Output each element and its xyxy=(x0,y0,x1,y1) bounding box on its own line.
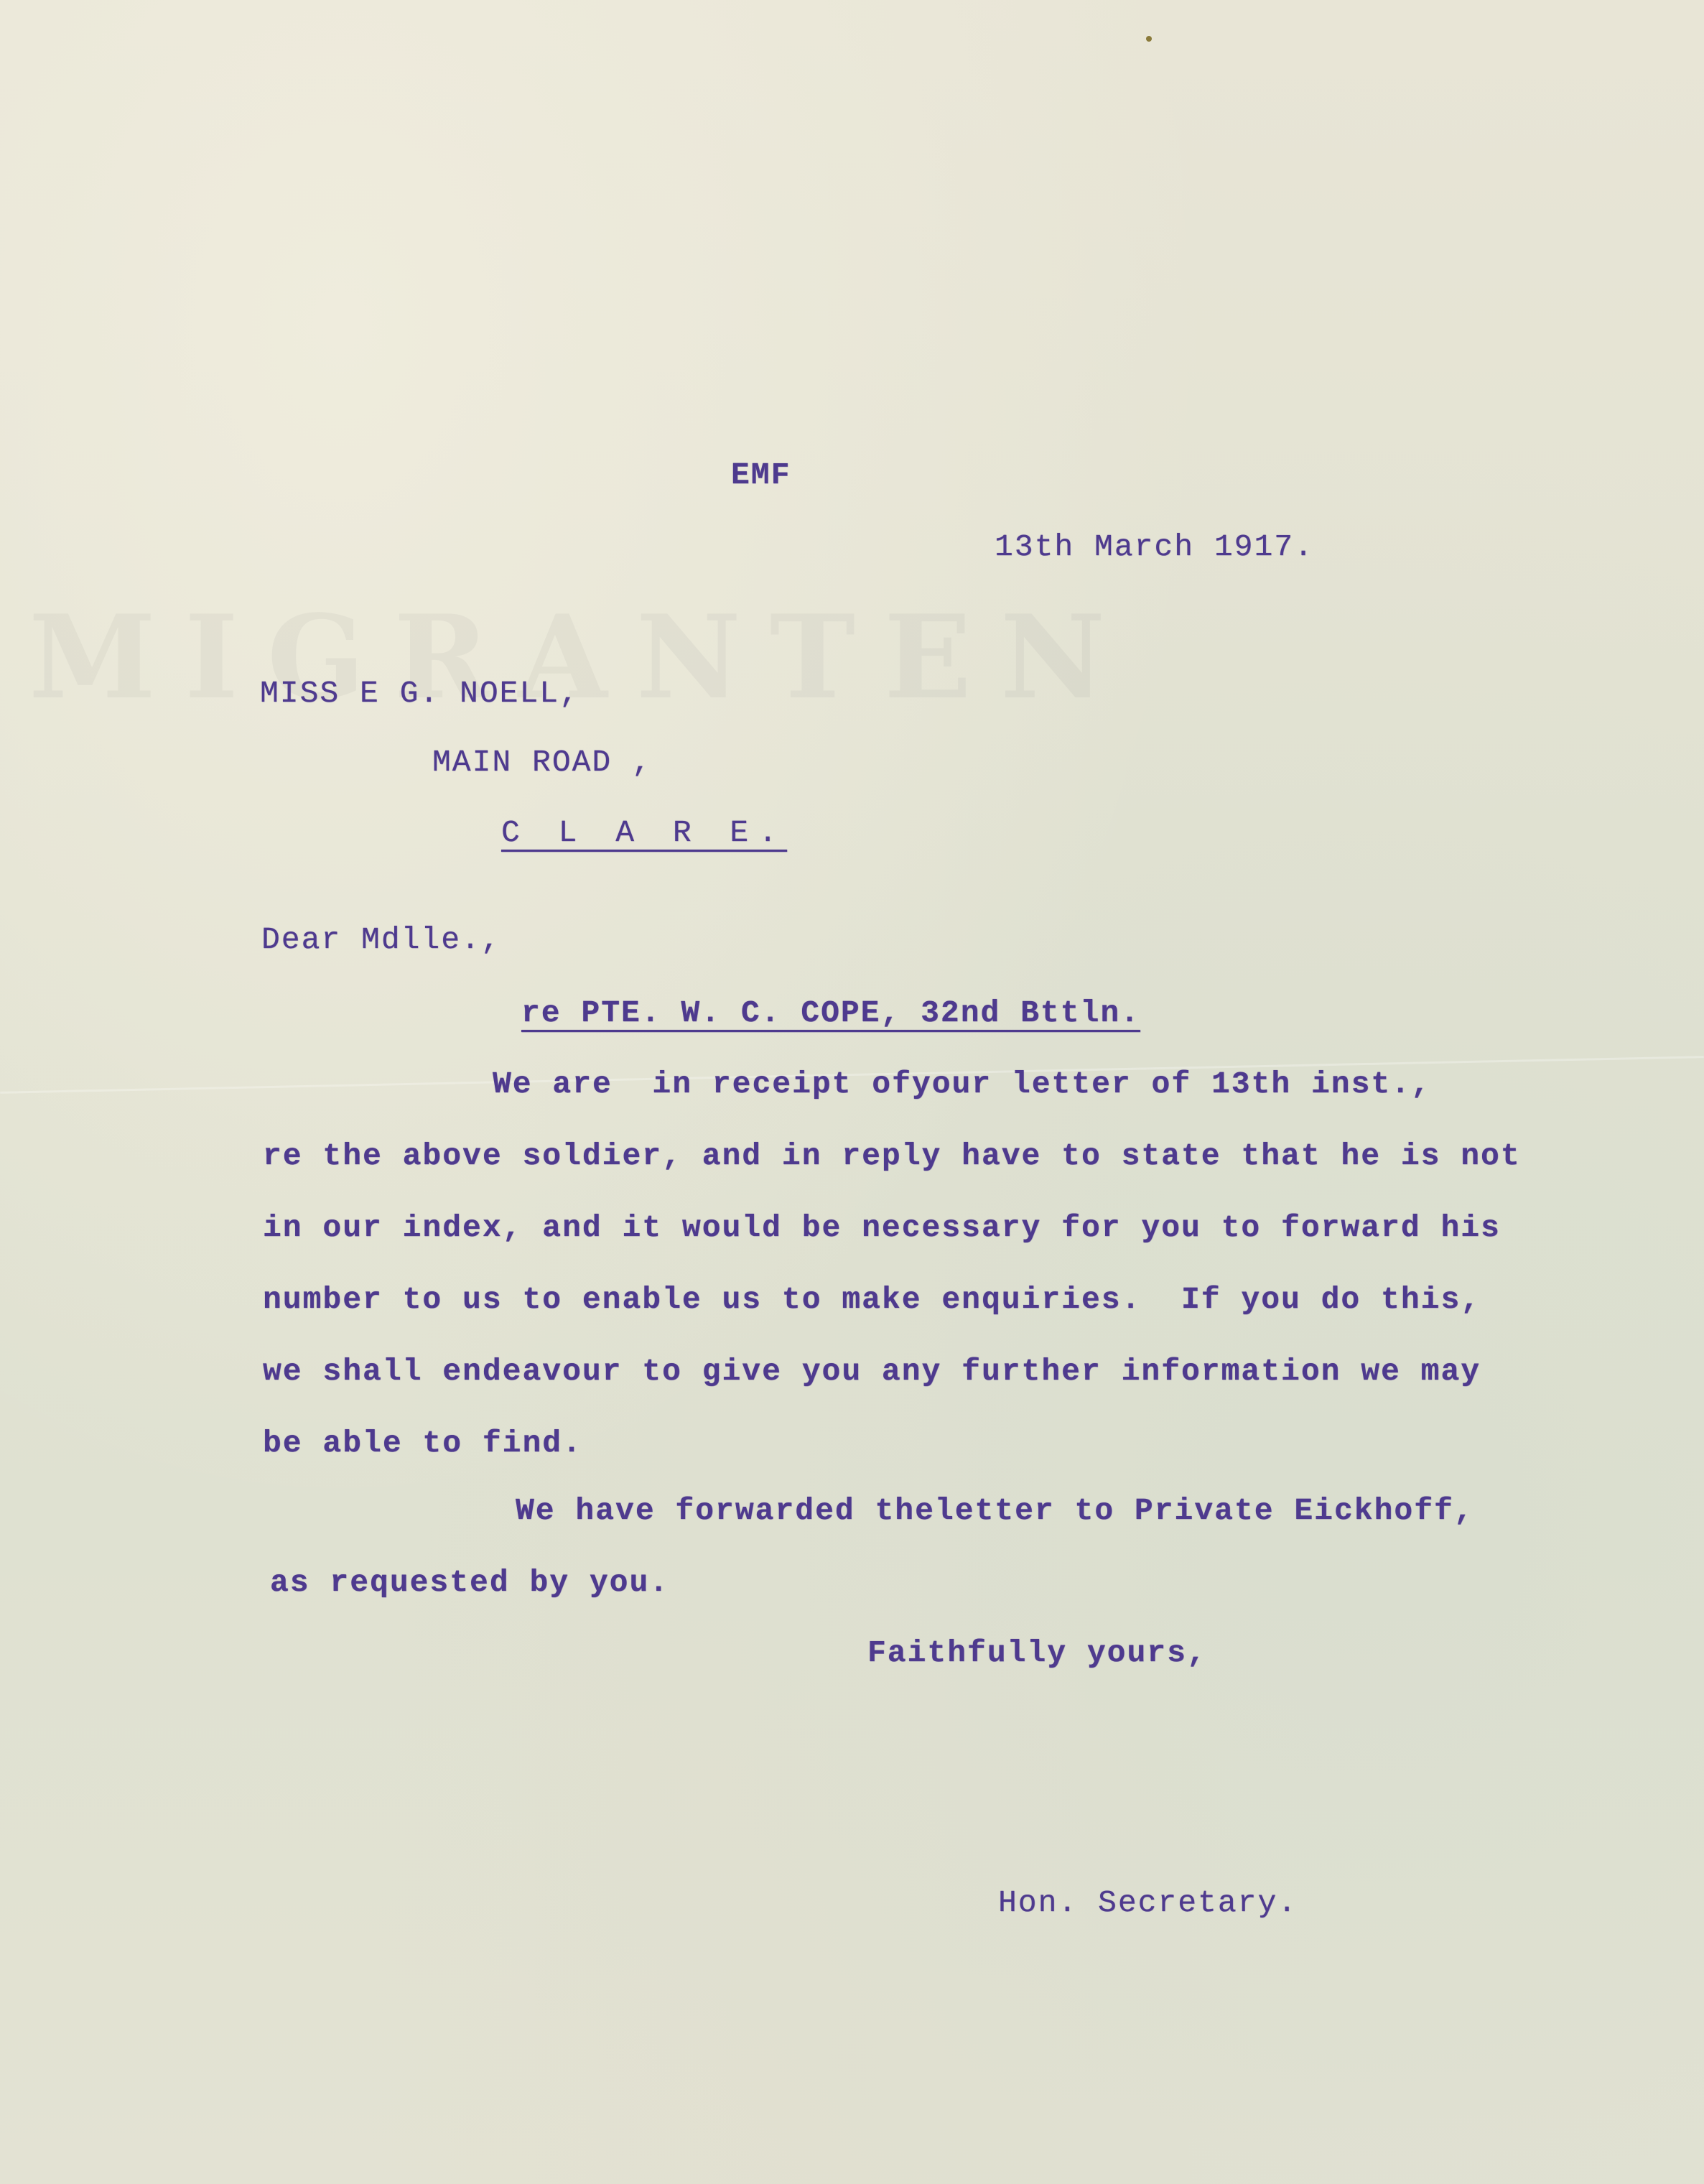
recipient-street: MAIN ROAD , xyxy=(432,747,652,778)
closing: Faithfully yours, xyxy=(867,1637,1207,1668)
body-line-6: be able to find. xyxy=(263,1428,582,1459)
body-line-1: We are in receipt ofyour letter of 13th … xyxy=(493,1069,1431,1100)
body-line-5: we shall endeavour to give you any furth… xyxy=(263,1356,1481,1387)
paper-speck xyxy=(1146,36,1152,42)
recipient-name: MISS E G. NOELL, xyxy=(260,678,579,709)
show-through-impression: MIGRANTEN xyxy=(0,596,1704,718)
body-line-4: number to us to enable us to make enquir… xyxy=(263,1284,1481,1315)
body-line-2: re the above soldier, and in reply have … xyxy=(263,1140,1521,1171)
recipient-town: C L A R E. xyxy=(501,817,787,848)
body-line-8: as requested by you. xyxy=(270,1567,669,1598)
body-line-3: in our index, and it would be necessary … xyxy=(263,1212,1501,1243)
body-line-7: We have forwarded theletter to Private E… xyxy=(516,1495,1474,1526)
reference-initials: EMF xyxy=(731,460,791,491)
subject-line: re PTE. W. C. COPE, 32nd Bttln. xyxy=(521,998,1140,1028)
signature-title: Hon. Secretary. xyxy=(998,1887,1298,1918)
salutation: Dear Mdlle., xyxy=(261,924,501,955)
letter-date: 13th March 1917. xyxy=(995,531,1314,562)
